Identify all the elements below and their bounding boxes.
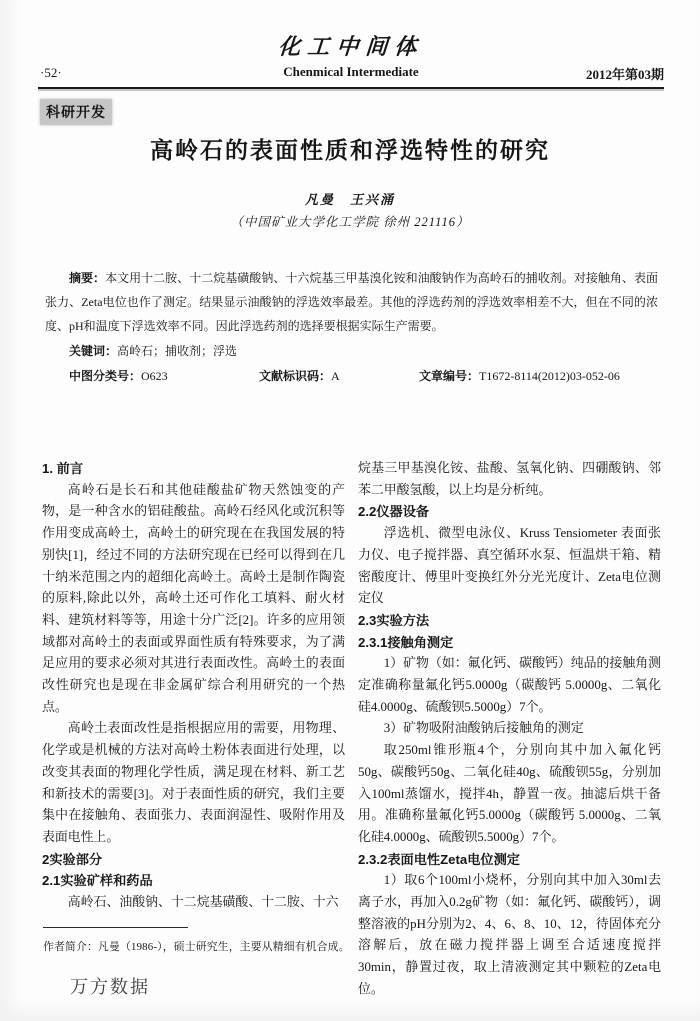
paper-page: 化工中间体 ·52· Chenmical Intermediate 2012年第… bbox=[0, 0, 700, 1021]
clc-item: 中图分类号：O623 bbox=[69, 364, 259, 388]
section-badge: 科研开发 bbox=[40, 99, 112, 125]
article-id-item: 文章编号：T1672-8114(2012)03-052-06 bbox=[419, 364, 620, 388]
article-title: 高岭石的表面性质和浮选特性的研究 bbox=[0, 132, 700, 165]
abstract-block: 摘要：本文用十二胺、十二烷基磺酸钠、十六烷基三甲基溴化铵和油酸钠作为高岭石的捕收… bbox=[45, 266, 658, 388]
article-id-label: 文章编号： bbox=[419, 369, 479, 383]
body-paragraph: 烷基三甲基溴化铵、盐酸、氢氧化钠、四硼酸钠、邻苯二甲酸氢酸，以上均是分析纯。 bbox=[358, 458, 661, 501]
header-rule bbox=[38, 87, 664, 89]
left-column: 1. 前言 高岭石是长石和其他硅酸盐矿物天然蚀变的产物，是一种含水的铝硅酸盐。高… bbox=[42, 458, 345, 1001]
doc-code-item: 文献标识码：A bbox=[259, 364, 419, 388]
journal-title-en: Chenmical Intermediate bbox=[38, 64, 664, 80]
body-paragraph: 1）矿物（如：氟化钙、碳酸钙）纯品的接触角测定准确称量氟化钙5.0000g（碳酸… bbox=[358, 653, 661, 718]
section-heading: 2.3.1接触角测定 bbox=[358, 632, 661, 654]
body-paragraph: 3）矿物吸附油酸钠后接触角的测定 bbox=[358, 718, 661, 740]
right-column: 烷基三甲基溴化铵、盐酸、氢氧化钠、四硼酸钠、邻苯二甲酸氢酸，以上均是分析纯。 2… bbox=[358, 458, 661, 1001]
body-paragraph: 1）取6个100ml小烧杯，分别向其中加入30ml去离子水，再加入0.2g矿物（… bbox=[358, 870, 661, 1000]
abstract-text: 本文用十二胺、十二烷基磺酸钠、十六烷基三甲基溴化铵和油酸钠作为高岭石的捕收剂。对… bbox=[45, 271, 658, 333]
journal-title-cn: 化工中间体 bbox=[37, 30, 665, 61]
issue-label: 2012年第03期 bbox=[586, 64, 664, 83]
author-bio: 作者简介：凡曼（1986-），硕士研究生，主要从精细有机合成。 bbox=[43, 939, 350, 954]
doc-code-value: A bbox=[331, 369, 340, 383]
footnote-rule bbox=[43, 927, 188, 928]
doc-code-label: 文献标识码： bbox=[259, 369, 331, 383]
abstract-label: 摘要： bbox=[69, 271, 105, 285]
author-affiliation: （中国矿业大学化工学院 徐州 221116） bbox=[0, 212, 700, 230]
clc-label: 中图分类号： bbox=[69, 369, 141, 383]
body-paragraph: 取250ml锥形瓶4个，分别向其中加入氟化钙50g、碳酸钙50g、二氧化硅40g… bbox=[358, 740, 661, 849]
keywords-text: 高岭石；捕收剂；浮选 bbox=[117, 344, 237, 358]
section-heading: 2.3.2表面电性Zeta电位测定 bbox=[358, 849, 661, 871]
author-names: 凡曼 王兴涌 bbox=[0, 189, 700, 208]
section-heading: 1. 前言 bbox=[42, 458, 345, 480]
journal-header: 化工中间体 ·52· Chenmical Intermediate 2012年第… bbox=[38, 30, 664, 89]
body-paragraph: 浮选机、微型电泳仪、Kruss Tensiometer 表面张力仪、电子搅拌器、… bbox=[358, 523, 661, 610]
keywords-label: 关键词： bbox=[69, 344, 117, 358]
classification-line: 中图分类号：O623 文献标识码：A 文章编号：T1672-8114(2012)… bbox=[45, 364, 658, 388]
body-paragraph: 高岭石、油酸钠、十二烷基磺酸、十二胺、十六 bbox=[42, 892, 345, 914]
article-body: 1. 前言 高岭石是长石和其他硅酸盐矿物天然蚀变的产物，是一种含水的铝硅酸盐。高… bbox=[42, 458, 661, 1001]
clc-value: O623 bbox=[141, 369, 168, 383]
section-heading: 2.1实验矿样和药品 bbox=[42, 870, 345, 892]
abstract-paragraph: 摘要：本文用十二胺、十二烷基磺酸钠、十六烷基三甲基溴化铵和油酸钠作为高岭石的捕收… bbox=[45, 266, 658, 338]
section-heading: 2实验部分 bbox=[42, 849, 345, 871]
body-paragraph: 高岭石是长石和其他硅酸盐矿物天然蚀变的产物，是一种含水的铝硅酸盐。高岭石经风化或… bbox=[42, 480, 345, 719]
body-paragraph: 高岭土表面改性是指根据应用的需要，用物理、化学或是机械的方法对高岭土粉体表面进行… bbox=[42, 718, 345, 848]
article-id-value: T1672-8114(2012)03-052-06 bbox=[479, 369, 620, 383]
keywords-line: 关键词：高岭石；捕收剂；浮选 bbox=[45, 339, 658, 363]
wanfang-watermark: 万方数据 bbox=[70, 973, 150, 999]
section-heading: 2.2仪器设备 bbox=[358, 501, 661, 523]
header-row: ·52· Chenmical Intermediate 2012年第03期 bbox=[38, 63, 664, 82]
section-heading: 2.3实验方法 bbox=[358, 610, 661, 632]
